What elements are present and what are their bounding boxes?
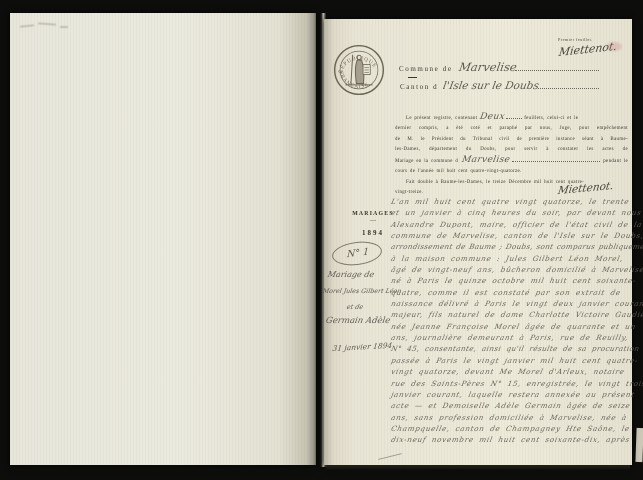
act-line: acte — et Demoiselle Adèle Germain âgée … [390, 400, 634, 411]
act-line: commune de Marvelise, canton de l'Isle s… [390, 230, 634, 241]
ruled-dotted-line [538, 82, 599, 89]
act-line: née Jeanne Françoise Morel âgée de quara… [390, 321, 634, 332]
sheet-label: Premier feuillet. [558, 37, 593, 42]
faint-pencil-mark [60, 26, 68, 28]
preamble-text: feuillets, celui-ci et le [524, 114, 578, 124]
act-number-text: N° 1 [347, 246, 370, 260]
margin-note-bride: Germain Adèle [325, 316, 391, 326]
act-line: ans, sans profession domiciliée à Marvel… [390, 412, 634, 423]
left-page-blank [10, 13, 316, 465]
faint-pencil-mark [38, 22, 56, 25]
act-line: passée à Paris le vingt janvier mil huit… [390, 355, 634, 366]
act-line: N° 45, consentante, ainsi qu'il résulte … [390, 343, 634, 354]
act-line: quatre, comme il est constaté par son ex… [390, 287, 634, 298]
act-line: et un janvier à cinq heures du soir, par… [390, 207, 634, 218]
preamble-text: Le présent registre, contenant [395, 114, 477, 124]
act-body-handwritten: L'an mil huit cent quatre vingt quatorze… [390, 196, 632, 446]
preamble-text: de M. le Président du Tribunal civil de … [395, 135, 628, 145]
preamble-text: dernier compris, a été coté et paraphé p… [395, 124, 628, 134]
act-line: majeur, fils naturel de dame Charlotte V… [390, 309, 634, 320]
margin-note-et-de: et de [346, 303, 364, 311]
preamble-text: les-Dames, département du Doubs, pour se… [395, 145, 628, 155]
ruled-dotted-line [506, 112, 522, 119]
faint-pencil-mark [20, 24, 34, 27]
ruled-dotted-line [512, 155, 600, 162]
act-line: Champquelle, canton de Champagney Hte Sa… [390, 423, 634, 434]
preamble-text: pendant le [603, 157, 628, 167]
right-page-act: RÉPUBLIQUE FRANÇAISE Premier feuillet. M… [324, 19, 632, 465]
act-line: dix-neuf novembre mil huit cent soixante… [390, 434, 634, 445]
act-line: ans, journalière demeurant à Paris, rue … [390, 332, 634, 343]
paper-texture [10, 13, 316, 465]
margin-note-title: Mariage de [327, 270, 375, 279]
republic-seal-stamp-icon: RÉPUBLIQUE FRANÇAISE [332, 43, 386, 97]
facing-page-edge [635, 428, 643, 462]
canton-value: l'Isle sur le Doubs [442, 80, 540, 92]
act-line: né à Paris le quinze octobre mil huit ce… [390, 275, 634, 286]
act-line: vingt quatorze, devant Me Morel d'Arleux… [390, 366, 634, 377]
register-scan-background: RÉPUBLIQUE FRANÇAISE Premier feuillet. M… [0, 0, 643, 480]
preamble-text: cours de l'année mil huit cent quatre-vi… [395, 167, 628, 177]
margin-note-date: 31 janvier 1894 [332, 341, 393, 353]
commune-label: Commune de [399, 65, 453, 73]
pen-flourish [378, 453, 402, 460]
act-line: Alexandre Dupont, maire, officier de l'é… [390, 219, 634, 230]
folio-count-handwritten: Deux [479, 112, 506, 122]
act-line: rue des Saints-Pères N° 15, enregistrée,… [390, 378, 634, 389]
act-line: naissance délivré à Paris le vingt deux … [390, 298, 634, 309]
section-dash [408, 77, 417, 78]
commune-value-handwritten: Marvelise [461, 155, 511, 165]
ink-smudge [606, 42, 622, 51]
preamble-text: Mariage en la commune d [395, 157, 458, 167]
act-line: L'an mil huit cent quatre vingt quatorze… [390, 196, 634, 207]
ruled-dotted-line [515, 64, 599, 71]
act-line: arrondissement de Baume ; Doubs, sont co… [390, 241, 634, 252]
canton-label: Canton d [400, 83, 438, 91]
act-line: âgé de vingt-neuf ans, bûcheron domicili… [390, 264, 634, 275]
commune-value: Marvelise [458, 60, 518, 74]
act-line: à la maison commune : Jules Gilbert Léon… [390, 253, 634, 264]
act-number-badge: N° 1 [331, 239, 383, 268]
act-line: janvier courant, laquelle restera annexé… [390, 389, 634, 400]
